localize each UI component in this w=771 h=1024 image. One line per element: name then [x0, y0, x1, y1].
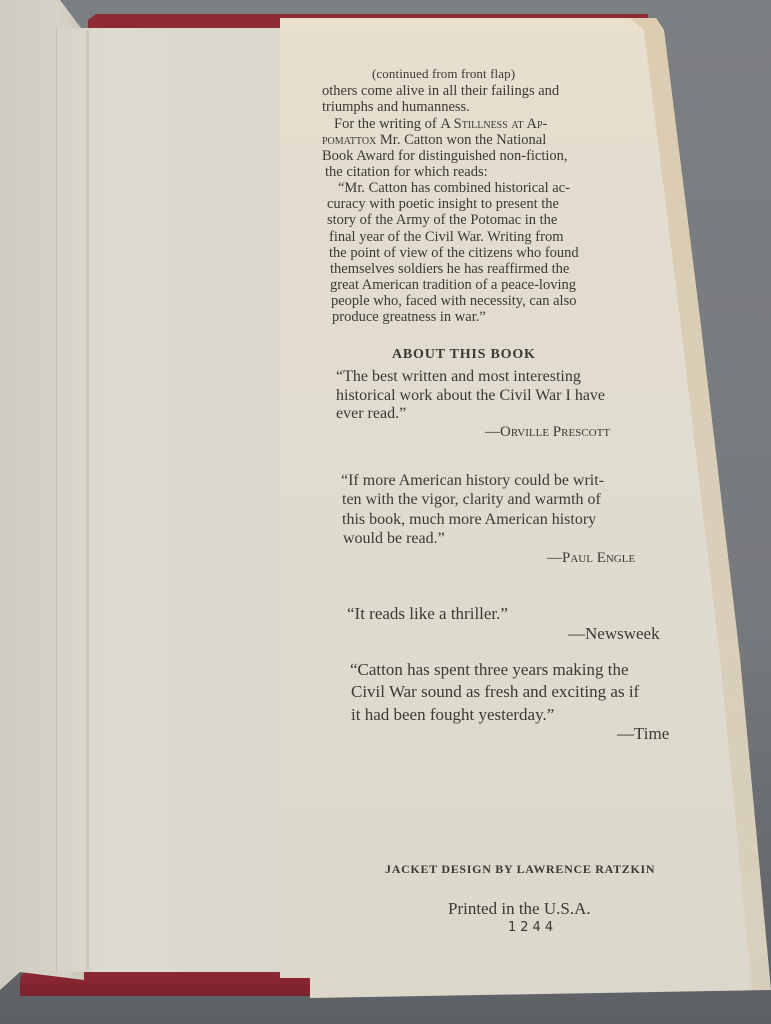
flap-text: (continued from front flap) others come …	[0, 0, 771, 1024]
citation-line: curacy with poetic insight to present th…	[327, 196, 559, 212]
review-line: this book, much more American history	[342, 511, 596, 530]
review-line: ten with the vigor, clarity and warmth o…	[342, 491, 601, 510]
award-line: the citation for which reads:	[325, 164, 488, 180]
review-line: Civil War sound as fresh and exciting as…	[351, 681, 639, 702]
review-line: would be read.”	[343, 530, 445, 549]
review-line: “If more American history could be writ-	[341, 472, 604, 491]
review-line: ever read.”	[336, 405, 406, 424]
intro-line: others come alive in all their failings …	[322, 83, 559, 99]
review-line: “It reads like a thriller.”	[347, 605, 508, 624]
award-suffix: Mr. Catton won the National	[376, 132, 546, 148]
citation-line: great American tradition of a peace-lovi…	[330, 277, 576, 293]
award-line: For the writing of A Stillness at Ap-	[334, 116, 547, 132]
book-title: A Stillness at Ap-	[440, 116, 547, 132]
book-title-cont: pomattox	[322, 132, 376, 148]
review-attribution: —Paul Engle	[547, 550, 635, 567]
review-line: “The best written and most interesting	[336, 368, 581, 387]
award-line: pomattox Mr. Catton won the National	[322, 132, 546, 148]
award-prefix: For the writing of	[334, 116, 440, 132]
jacket-design-credit: JACKET DESIGN BY LAWRENCE RATZKIN	[385, 862, 655, 877]
review-line: it had been fought yesterday.”	[351, 704, 554, 725]
intro-line: triumphs and humanness.	[322, 99, 470, 115]
review-attribution: —Newsweek	[568, 624, 660, 644]
citation-line: story of the Army of the Potomac in the	[327, 212, 557, 228]
citation-line: final year of the Civil War. Writing fro…	[329, 229, 564, 245]
continued-note: (continued from front flap)	[372, 66, 515, 82]
citation-line: themselves soldiers he has reaffirmed th…	[330, 261, 569, 277]
review-attribution: —Time	[617, 724, 669, 744]
citation-line: “Mr. Catton has combined historical ac-	[338, 180, 570, 196]
citation-line: people who, faced with necessity, can al…	[331, 293, 576, 309]
printed-in-usa: Printed in the U.S.A.	[448, 899, 591, 919]
award-line: Book Award for distinguished non-fiction…	[322, 148, 568, 164]
review-line: “Catton has spent three years making the	[350, 659, 629, 680]
print-code: 1244	[508, 920, 557, 935]
review-attribution: —Orville Prescott	[485, 424, 610, 441]
review-line: historical work about the Civil War I ha…	[336, 387, 605, 406]
citation-line: produce greatness in war.”	[332, 309, 486, 325]
citation-line: the point of view of the citizens who fo…	[329, 245, 579, 261]
about-heading: ABOUT THIS BOOK	[392, 347, 536, 363]
